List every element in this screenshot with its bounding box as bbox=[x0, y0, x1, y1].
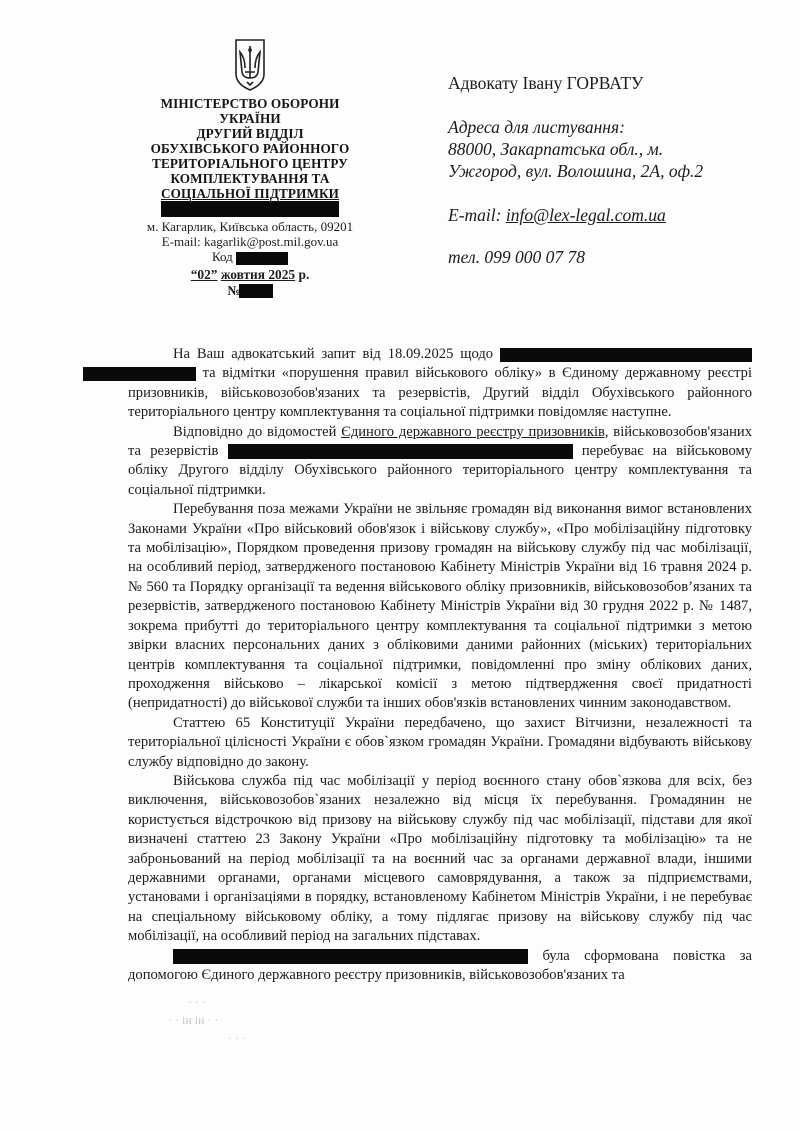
recipient-address-label: Адреса для листування: bbox=[448, 116, 758, 138]
sender-address: м. Кагарлик, Київська область, 09201 bbox=[130, 219, 370, 234]
recipient-phone-label: тел. bbox=[448, 247, 480, 267]
paragraph-text: Єдиного державного реєстру призовників, bbox=[341, 424, 608, 440]
faded-text: · · · bbox=[128, 993, 752, 1011]
recipient-phone-line: тел. 099 000 07 78 bbox=[448, 246, 758, 268]
faded-text: · · ін ін · · bbox=[128, 1011, 752, 1029]
org-name-line: ДРУГИЙ ВІДДІЛ bbox=[130, 126, 370, 141]
code-label: Код bbox=[212, 249, 233, 264]
sender-header: МІНІСТЕРСТВО ОБОРОНИ УКРАЇНИ ДРУГИЙ ВІДД… bbox=[130, 38, 370, 299]
paragraph-registry: Відповідно до відомостей Єдиного державн… bbox=[128, 423, 752, 501]
org-name-line: СОЦІАЛЬНОЇ ПІДТРИМКИ bbox=[130, 186, 370, 201]
org-name-line: МІНІСТЕРСТВО ОБОРОНИ bbox=[130, 96, 370, 111]
redaction-bar bbox=[239, 284, 273, 298]
recipient-block: Адвокату Івану ГОРВАТУ Адреса для листув… bbox=[448, 72, 758, 268]
trident-coat-of-arms-icon bbox=[233, 38, 267, 92]
redaction-bar bbox=[500, 348, 752, 362]
paragraph-summons: була сформована повістка за допомогою Єд… bbox=[128, 947, 752, 986]
letter-body: На Ваш адвокатський запит від 18.09.2025… bbox=[128, 345, 752, 1047]
recipient-name: Адвокату Івану ГОРВАТУ bbox=[448, 72, 758, 94]
recipient-phone: 099 000 07 78 bbox=[484, 247, 585, 267]
sender-code-line: Код bbox=[130, 249, 370, 265]
sender-email[interactable]: kagarlik@post.mil.gov.ua bbox=[204, 234, 338, 249]
redaction-bar bbox=[173, 949, 528, 964]
paragraph-text: На Ваш адвокатський запит від 18.09.2025… bbox=[173, 346, 493, 362]
redaction-bar bbox=[236, 252, 288, 265]
recipient-address: Адреса для листування: 88000, Закарпатсь… bbox=[448, 116, 758, 182]
org-name-line: ОБУХІВСЬКОГО РАЙОННОГО bbox=[130, 141, 370, 156]
letter-number: № bbox=[130, 283, 370, 299]
sender-email-line: E-mail: kagarlik@post.mil.gov.ua bbox=[130, 234, 370, 249]
redaction-bar bbox=[161, 201, 339, 217]
letter-date: “02” жовтня 2025 р. bbox=[130, 266, 370, 283]
sender-email-label: E-mail: bbox=[162, 234, 201, 249]
date-day: “02” bbox=[191, 267, 218, 282]
date-month-year: жовтня 2025 bbox=[221, 267, 295, 282]
paragraph-abroad: Перебування поза межами України не звіль… bbox=[128, 500, 752, 713]
redaction-bar bbox=[228, 444, 573, 459]
recipient-email-line: E-mail: info@lex-legal.com.ua bbox=[448, 204, 758, 226]
paragraph-request: На Ваш адвокатський запит від 18.09.2025… bbox=[128, 345, 752, 423]
org-name-line: УКРАЇНИ bbox=[130, 111, 370, 126]
paragraph-text: та відмітки «порушення правил військовог… bbox=[128, 365, 752, 420]
paragraph-constitution: Статтею 65 Конституції України передбаче… bbox=[128, 714, 752, 772]
paragraph-mobilization: Військова служба під час мобілізації у п… bbox=[128, 772, 752, 947]
paragraph-text: Відповідно до відомостей bbox=[173, 424, 336, 440]
recipient-email-link[interactable]: info@lex-legal.com.ua bbox=[506, 205, 666, 225]
org-name-line: ТЕРИТОРІАЛЬНОГО ЦЕНТРУ bbox=[130, 156, 370, 171]
recipient-email-label: E-mail: bbox=[448, 205, 501, 225]
faded-text: · · · bbox=[128, 1029, 752, 1047]
recipient-address-line: 88000, Закарпатська обл., м. bbox=[448, 138, 758, 160]
date-suffix: р. bbox=[299, 267, 310, 282]
document-page: МІНІСТЕРСТВО ОБОРОНИ УКРАЇНИ ДРУГИЙ ВІДД… bbox=[0, 0, 800, 1130]
recipient-address-line: Ужгород, вул. Волошина, 2А, оф.2 bbox=[448, 160, 758, 182]
redaction-bar bbox=[83, 367, 196, 381]
org-name-line: КОМПЛЕКТУВАННЯ ТА bbox=[130, 171, 370, 186]
